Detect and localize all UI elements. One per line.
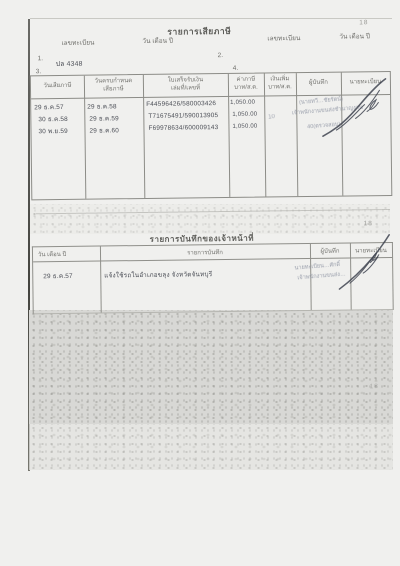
table-row: 29 ธ.ค.60 xyxy=(89,125,119,135)
table-row: 1,050.00 xyxy=(232,124,257,130)
table-row: 29 ธ.ค.59 xyxy=(89,113,119,123)
col-header-receipt: ใบเสร็จรับเงิน เล่มที่/เลขที่ xyxy=(143,74,228,97)
table-row: F44596426/580003426 xyxy=(146,100,216,108)
table-row: 1,050.00 xyxy=(230,100,255,106)
registrar-stamp-1: 10 (นายทวี…ชัยรัตน์) เจ้าพนักงานขนส่งชำน… xyxy=(260,84,394,149)
table-row: 30 พ.ย.59 xyxy=(38,126,67,136)
table-row: แจ้งใช้รถในอำเภอขลุง จังหวัดจันทบุรี xyxy=(104,269,212,280)
col-header-text: เงินเพิ่ม xyxy=(270,76,289,84)
col-header-text: วันครบกำหนด xyxy=(95,78,133,86)
col-header-text: เล่มที่/เลขที่ xyxy=(171,85,200,93)
page-number-middle: 18 xyxy=(364,220,373,227)
field-number-4: 4. xyxy=(233,65,239,73)
table-row: 1,050.00 xyxy=(232,112,257,118)
perforation-line xyxy=(34,209,390,214)
page-number-bottom: 18 xyxy=(370,383,379,390)
registration-number-value: ปล 4348 xyxy=(56,58,83,69)
signature-icon xyxy=(314,76,394,142)
col-header-due-date: วันครบกำหนด เสียภาษี xyxy=(84,75,143,98)
document-page: 18 18 18 รายการเสียภาษี เลขทะเบียน วัน เ… xyxy=(0,0,400,566)
reg-number-label-1: เลขทะเบียน xyxy=(61,40,94,49)
reg-number-label-2: เลขทะเบียน xyxy=(267,35,300,44)
table-row: 30 ธ.ค.58 xyxy=(38,114,68,124)
col-header-text: บาท/ส.ต. xyxy=(234,85,258,93)
signature-icon xyxy=(332,233,396,293)
col-header-text: เสียภาษี xyxy=(103,86,124,94)
table-row: F69978634/600009143 xyxy=(148,124,218,132)
col-header-entry: รายการบันทึก xyxy=(100,244,310,261)
date-label-2: วัน เดือน ปี xyxy=(339,33,370,41)
col-header-tax-amount: ค่าภาษี บาท/ส.ต. xyxy=(228,74,264,96)
stamp-surcharge-fragment: 10 xyxy=(268,114,275,121)
table-row: T71675491/590013905 xyxy=(148,112,218,120)
col-header-pay-date: วันเสียภาษี xyxy=(31,76,84,99)
col-header-date: วัน เดือน ปี xyxy=(33,246,105,261)
table-row: 29 ธ.ค.58 xyxy=(87,101,117,111)
registrar-stamp-2: นายทะเบียน…ศักดิ์ เจ้าพนักงานขนส่ง… xyxy=(294,250,397,298)
table-row: 29 ธ.ค.57 xyxy=(34,102,64,112)
scanned-document: 18 18 18 รายการเสียภาษี เลขทะเบียน วัน เ… xyxy=(0,0,400,566)
field-number-2: 2. xyxy=(218,52,224,60)
table-row: 29 ธ.ค.57 xyxy=(43,271,73,281)
col-header-text: วันเสียภาษี xyxy=(43,83,71,91)
field-number-1: 1. xyxy=(38,55,44,63)
date-label-1: วัน เดือน ปี xyxy=(142,38,173,46)
col-header-text: ค่าภาษี xyxy=(237,77,256,85)
